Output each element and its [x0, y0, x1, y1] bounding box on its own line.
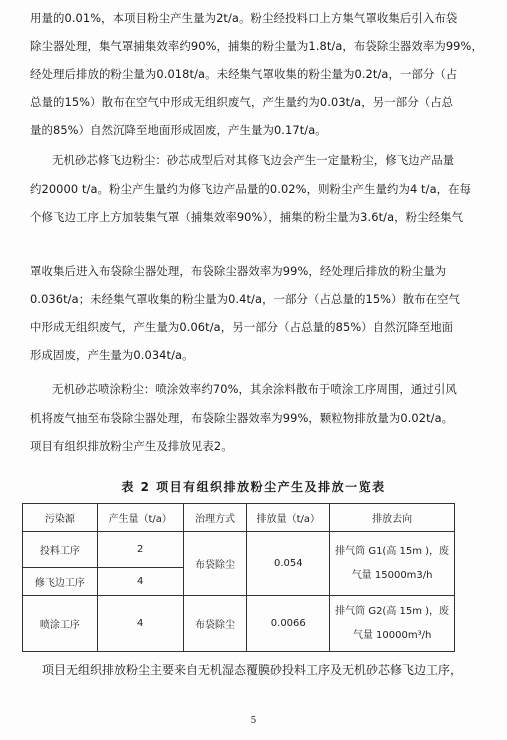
generated-cell: 2	[97, 532, 183, 568]
page-number: 5	[0, 716, 507, 726]
header-cell: 治理方式	[183, 504, 247, 532]
text-line: 项目有组织排放粉尘产生及排放见表2。	[30, 438, 233, 454]
header-cell: 排放量（t/a）	[247, 504, 330, 532]
destination-line: 气量 15000m3/h	[330, 564, 454, 588]
text-line: 用量的0.01%，本项目粉尘产生量为2t/a。粉尘经投料口上方集气罩收集后引入布…	[30, 10, 457, 26]
text-line: 除尘器处理，集气罩捕集效率约90%，捕集的粉尘量为1.8t/a，布袋除尘器效率为…	[30, 38, 483, 54]
header-cell: 排放去向	[330, 504, 455, 532]
table-row: 喷涂工序 4 布袋除尘 0.0066 排气筒 G2(高 15m )，废 气量 1…	[23, 596, 455, 652]
table-caption: 表 2 项目有组织排放粉尘产生及排放一览表	[0, 478, 507, 495]
generated-cell: 4	[97, 596, 183, 652]
emission-table: 污染源 产生量（t/a） 治理方式 排放量（t/a） 排放去向 投料工序 2 布…	[22, 503, 455, 652]
source-cell: 修飞边工序	[23, 568, 98, 596]
destination-cell: 排气筒 G1(高 15m )，废 气量 15000m3/h	[330, 532, 455, 596]
emission-cell: 0.054	[247, 532, 330, 596]
generated-cell: 4	[97, 568, 183, 596]
text-line: 总量的15%）散布在空气中形成无组织废气，产生量约为0.03t/a，另一部分（占…	[30, 94, 453, 110]
destination-line: 排气筒 G2(高 15m )，废	[330, 600, 454, 624]
text-line: 项目无组织排放粉尘主要来自无机湿态覆膜砂投料工序及无机砂芯修飞边工序，	[42, 661, 462, 678]
text-line: 无机砂芯喷涂粉尘：喷涂效率约70%，其余涂料散布于喷涂工序周围，通过引风	[52, 381, 457, 397]
destination-line: 气量 10000m³/h	[330, 624, 454, 648]
destination-cell: 排气筒 G2(高 15m )，废 气量 10000m³/h	[330, 596, 455, 652]
header-cell: 污染源	[23, 504, 98, 532]
source-cell: 投料工序	[23, 532, 98, 568]
source-cell: 喷涂工序	[23, 596, 98, 652]
table-row: 投料工序 2 布袋除尘 0.054 排气筒 G1(高 15m )，废 气量 15…	[23, 532, 455, 568]
treatment-cell: 布袋除尘	[183, 596, 247, 652]
text-line: 个修飞边工序上方加装集气罩（捕集效率90%），捕集的粉尘量为3.6t/a，粉尘经…	[30, 209, 463, 225]
destination-line: 排气筒 G1(高 15m )，废	[330, 540, 454, 564]
text-line: 约20000 t/a。粉尘产生量约为修飞边产品量的0.02%，则粉尘产生量约为4…	[30, 181, 471, 197]
text-line: 0.036t/a；未经集气罩收集的粉尘量为0.4t/a，一部分（占总量的15%）…	[30, 291, 460, 307]
treatment-cell: 布袋除尘	[183, 532, 247, 596]
text-line: 经处理后排放的粉尘量为0.018t/a。未经集气罩收集的粉尘量为0.2t/a，一…	[30, 66, 457, 82]
header-cell: 产生量（t/a）	[97, 504, 183, 532]
text-line: 机将废气抽至布袋除尘器处理，布袋除尘器效率为99%，颗粒物排放量为0.02t/a…	[30, 410, 453, 426]
text-line: 无机砂芯修飞边粉尘：砂芯成型后对其修飞边会产生一定量粉尘，修飞边产品量	[52, 152, 454, 168]
text-line: 罩收集后进入布袋除尘器处理，布袋除尘器效率为99%，经处理后排放的粉尘量为	[30, 263, 446, 279]
emission-cell: 0.0066	[247, 596, 330, 652]
table-header-row: 污染源 产生量（t/a） 治理方式 排放量（t/a） 排放去向	[23, 504, 455, 532]
text-line: 量的85%）自然沉降至地面形成固废，产生量为0.17t/a。	[30, 122, 327, 138]
text-line: 形成固废，产生量为0.034t/a。	[30, 347, 194, 363]
text-line: 中形成无组织废气，产生量为0.06t/a，另一部分（占总量的85%）自然沉降至地…	[30, 319, 453, 335]
